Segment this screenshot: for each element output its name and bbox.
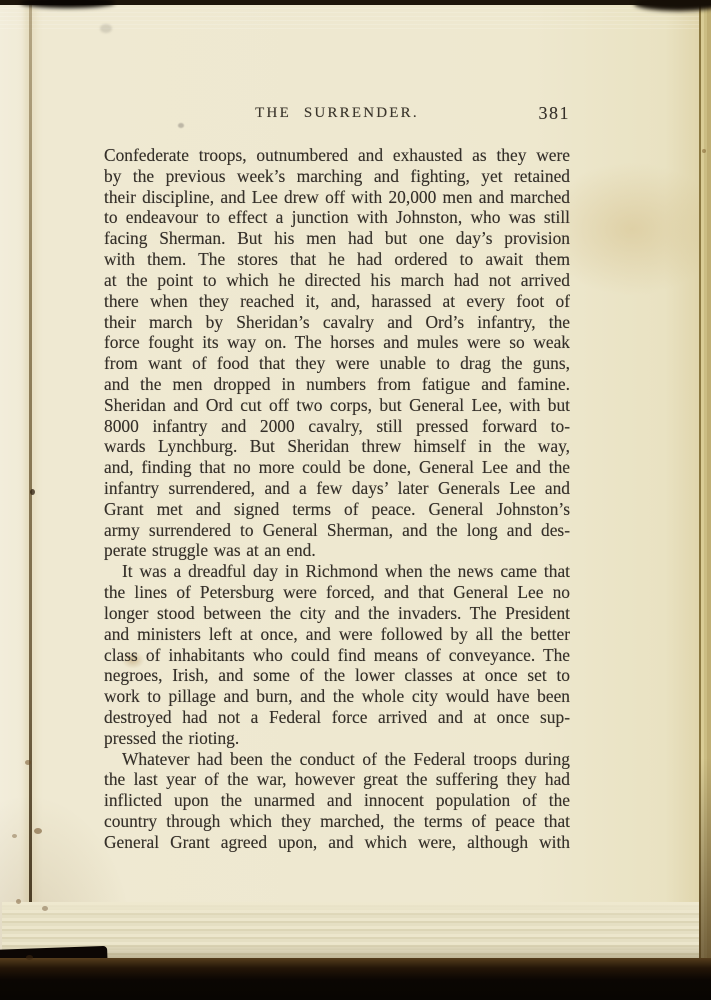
text-line: It was a dreadful day in Richmond when t… xyxy=(104,561,570,582)
book-cover-bottom xyxy=(0,958,711,1000)
text-line: facing Sherman. But his men had but one … xyxy=(104,228,570,249)
text-line: infantry surrendered, and a few days’ la… xyxy=(104,478,570,499)
text-line: at the point to which he directed his ma… xyxy=(104,270,570,291)
text-line: and the men dropped in numbers from fati… xyxy=(104,374,570,395)
text-line: negroes, Irish, and some of the lower cl… xyxy=(104,665,570,686)
text-line: Whatever had been the conduct of the Fed… xyxy=(104,749,570,770)
gutter-crease xyxy=(29,4,32,956)
text-line: by the previous week’s marching and figh… xyxy=(104,166,570,187)
text-line: destroyed had not a Federal force arrive… xyxy=(104,707,570,728)
text-line: Grant met and signed terms of peace. Gen… xyxy=(104,499,570,520)
running-head-title: THE SURRENDER. xyxy=(104,105,570,122)
text-line: Sheridan and Ord cut off two corps, but … xyxy=(104,395,570,416)
text-line: there when they reached it, and, harasse… xyxy=(104,291,570,312)
text-line: inflicted upon the unarmed and innocent … xyxy=(104,790,570,811)
text-line: the last year of the war, however great … xyxy=(104,769,570,790)
text-line: work to pillage and burn, and the whole … xyxy=(104,686,570,707)
text-line: country through which they marched, the … xyxy=(104,811,570,832)
body-text: Confederate troops, outnumbered and exha… xyxy=(104,145,570,853)
text-line: and, finding that no more could be done,… xyxy=(104,457,570,478)
text-line: class of inhabitants who could find mean… xyxy=(104,645,570,666)
text-line: their march by Sheridan’s cavalry and Or… xyxy=(104,312,570,333)
text-line: army surrendered to General Sherman, and… xyxy=(104,520,570,541)
page-number: 381 xyxy=(539,103,571,124)
text-line: Confederate troops, outnumbered and exha… xyxy=(104,145,570,166)
text-line: the lines of Petersburg were forced, and… xyxy=(104,582,570,603)
text-line: force fought its way on. The horses and … xyxy=(104,332,570,353)
text-line: with them. The stores that he had ordere… xyxy=(104,249,570,270)
text-block: THE SURRENDER. 381 Confederate troops, o… xyxy=(104,105,570,853)
text-line: and ministers left at once, and were fol… xyxy=(104,624,570,645)
text-line: 8000 infantry and 2000 cavalry, still pr… xyxy=(104,416,570,437)
text-line: to endeavour to effect a junction with J… xyxy=(104,207,570,228)
text-line: pressed the rioting. xyxy=(104,728,570,749)
text-line: wards Lynchburg. But Sheridan threw hims… xyxy=(104,436,570,457)
running-head: THE SURRENDER. 381 xyxy=(104,105,570,125)
text-line: General Grant agreed upon, and which wer… xyxy=(104,832,570,853)
text-line: longer stood between the city and the in… xyxy=(104,603,570,624)
text-line: their discipline, and Lee drew off with … xyxy=(104,187,570,208)
text-line: perate struggle was at an end. xyxy=(104,540,570,561)
book-scan: THE SURRENDER. 381 Confederate troops, o… xyxy=(0,0,711,1000)
text-line: from want of food that they were unable … xyxy=(104,353,570,374)
fore-edge xyxy=(699,4,711,970)
